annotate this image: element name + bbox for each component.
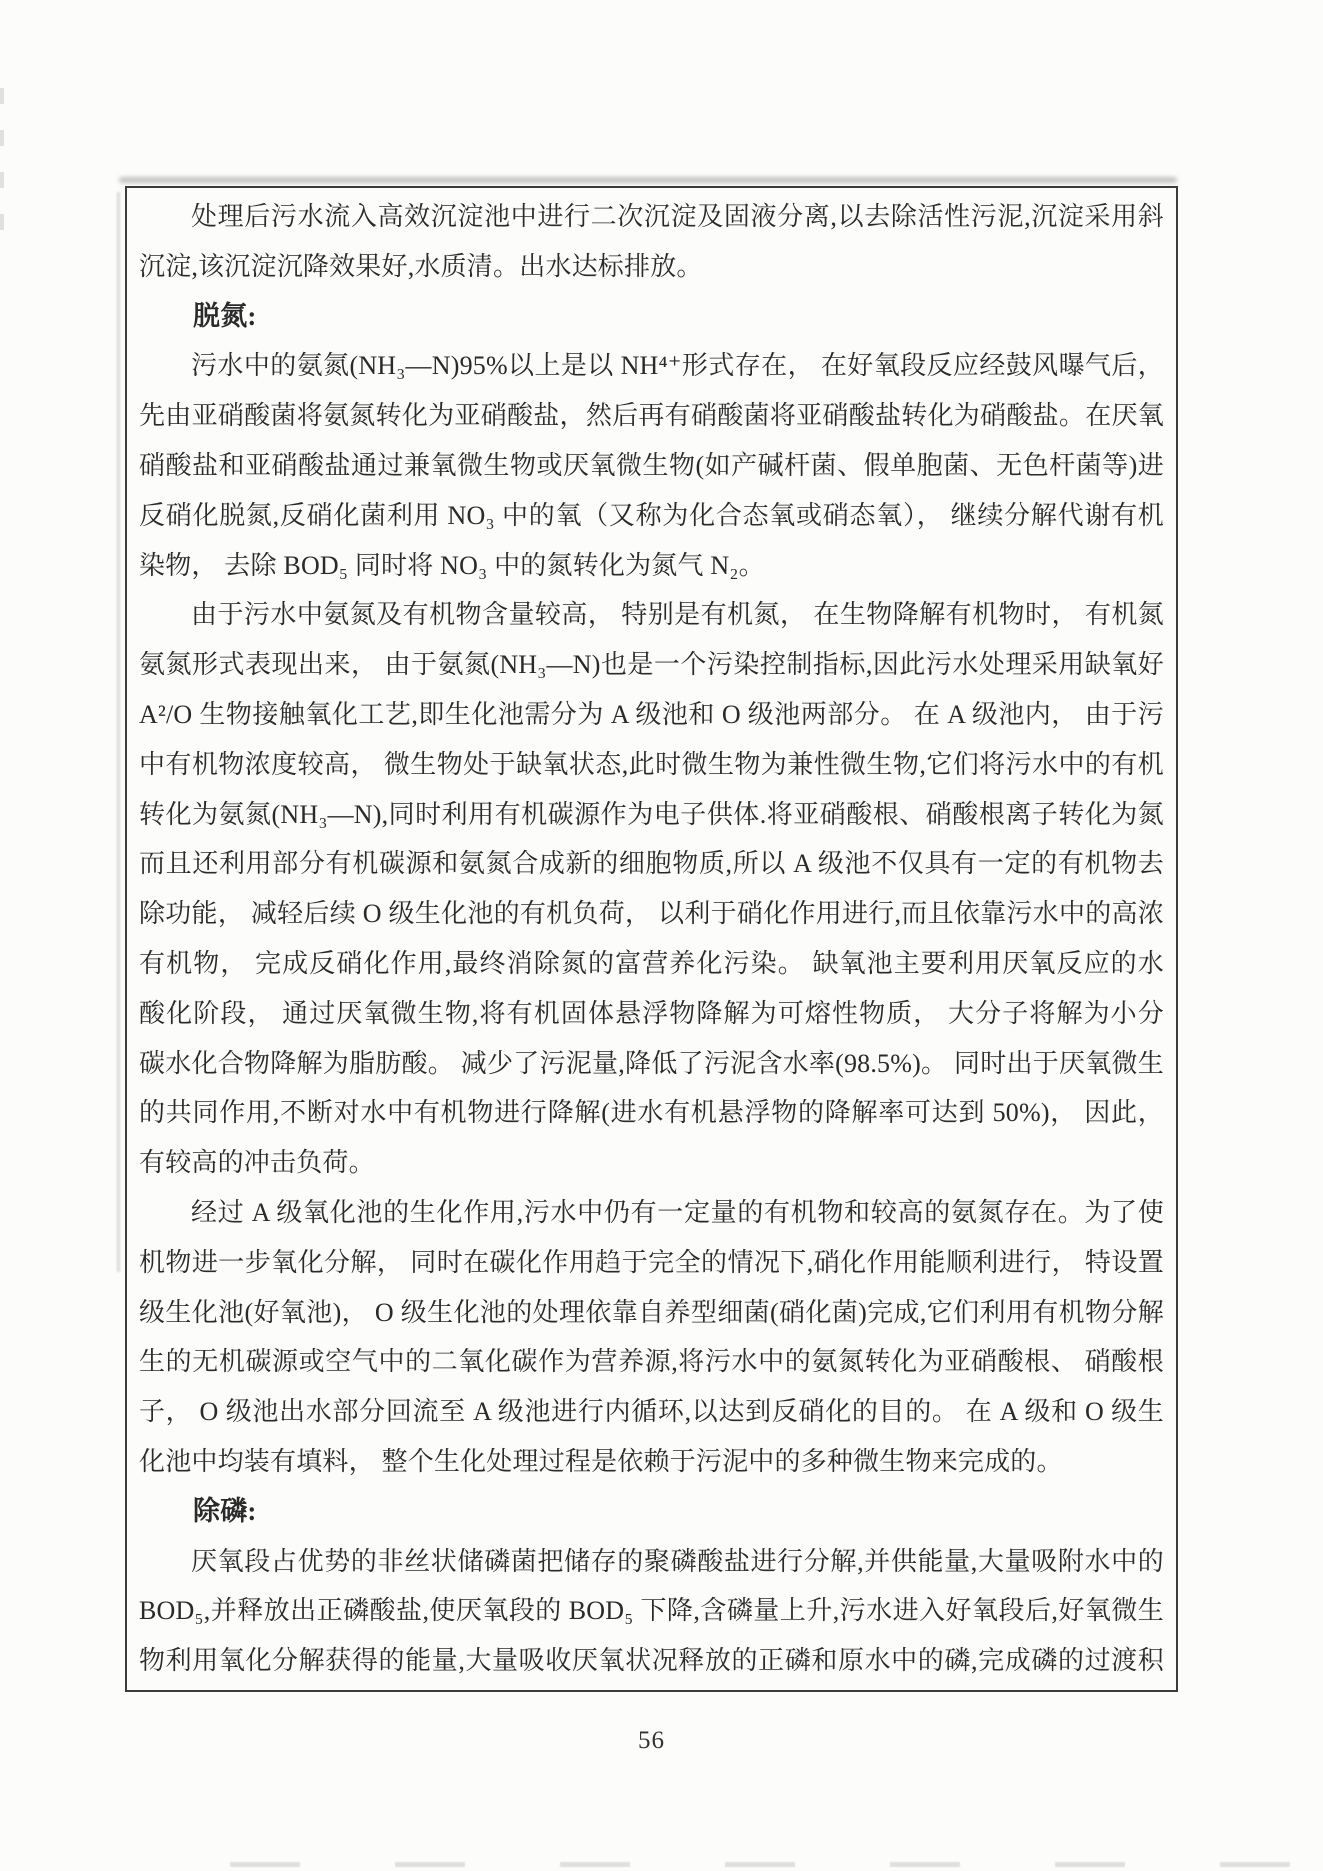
text-line: 由于污水中氨氮及有机物含量较高， 特别是有机氮， 在生物降解有机物时， 有机氮会…	[139, 590, 1164, 640]
text-line: 化池中均装有填料， 整个生化处理过程是依赖于污泥中的多种微生物来完成的。	[139, 1437, 1164, 1487]
text-line: 子， O 级池出水部分回流至 A 级池进行内循环,以达到反硝化的目的。 在 A …	[139, 1387, 1164, 1437]
scan-artifact-left-smudge	[117, 192, 120, 1272]
text-line: 经过 A 级氧化池的生化作用,污水中仍有一定量的有机物和较高的氨氮存在。为了使有	[139, 1188, 1164, 1238]
text-line: 物利用氧化分解获得的能量,大量吸收厌氧状况释放的正磷和原水中的磷,完成磷的过渡积	[139, 1636, 1164, 1686]
paragraph: 厌氧段占优势的非丝状储磷菌把储存的聚磷酸盐进行分解,并供能量,大量吸附水中的BO…	[139, 1537, 1164, 1686]
paragraph: 污水中的氨氮(NH₃—N)95%以上是以 NH⁴⁺形式存在， 在好氧段反应经鼓风…	[139, 341, 1164, 590]
text-line: 转化为氨氮(NH₃—N),同时利用有机碳源作为电子供体.将亚硝酸根、硝酸根离子转…	[139, 790, 1164, 840]
content-box: 处理后污水流入高效沉淀池中进行二次沉淀及固液分离,以去除活性污泥,沉淀采用斜板沉…	[125, 186, 1178, 1692]
section-heading: 除磷:	[139, 1487, 1164, 1537]
text-line: 机物进一步氧化分解， 同时在碳化作用趋于完全的情况下,硝化作用能顺利进行， 特设…	[139, 1238, 1164, 1288]
text-line: 厌氧段占优势的非丝状储磷菌把储存的聚磷酸盐进行分解,并供能量,大量吸附水中的	[139, 1537, 1164, 1587]
document-body: 处理后污水流入高效沉淀池中进行二次沉淀及固液分离,以去除活性污泥,沉淀采用斜板沉…	[139, 192, 1164, 1686]
text-line: 生的无机碳源或空气中的二氧化碳作为营养源,将污水中的氨氮转化为亚硝酸根、 硝酸根…	[139, 1337, 1164, 1387]
text-line: 中有机物浓度较高， 微生物处于缺氧状态,此时微生物为兼性微生物,它们将污水中的有…	[139, 740, 1164, 790]
text-line: 碳水化合物降解为脂肪酸。 减少了污泥量,降低了污泥含水率(98.5%)。 同时出…	[139, 1039, 1164, 1089]
text-line: 有机物， 完成反硝化作用,最终消除氮的富营养化污染。 缺氧池主要利用厌氧反应的水…	[139, 939, 1164, 989]
scan-artifact-left-edge	[0, 88, 4, 233]
text-line: 的共同作用,不断对水中有机物进行降解(进水有机悬浮物的降解率可达到 50%)， …	[139, 1088, 1164, 1138]
text-line: 硝酸盐和亚硝酸盐通过兼氧微生物或厌氧微生物(如产碱杆菌、假单胞菌、无色杆菌等)进…	[139, 441, 1164, 491]
text-line: 级生化池(好氧池)， O 级生化池的处理依靠自养型细菌(硝化菌)完成,它们利用有…	[139, 1288, 1164, 1338]
scan-artifact-top-smudge	[119, 177, 1177, 183]
paragraph: 由于污水中氨氮及有机物含量较高， 特别是有机氮， 在生物降解有机物时， 有机氮会…	[139, 590, 1164, 1188]
text-line: 染物， 去除 BOD₅ 同时将 NO₃ 中的氮转化为氮气 N₂。	[139, 541, 1164, 591]
text-line: 除功能， 减轻后续 O 级生化池的有机负荷， 以利于硝化作用进行,而且依靠污水中…	[139, 889, 1164, 939]
text-line: 氨氮形式表现出来， 由于氨氮(NH₃—N)也是一个污染控制指标,因此污水处理采用…	[139, 640, 1164, 690]
text-line: 而且还利用部分有机碳源和氨氮合成新的细胞物质,所以 A 级池不仅具有一定的有机物…	[139, 839, 1164, 889]
text-line: 处理后污水流入高效沉淀池中进行二次沉淀及固液分离,以去除活性污泥,沉淀采用斜板	[139, 192, 1164, 242]
section-heading: 脱氮:	[139, 292, 1164, 342]
text-line: 沉淀,该沉淀沉降效果好,水质清。出水达标排放。	[139, 242, 1164, 292]
text-line: 有较高的冲击负荷。	[139, 1138, 1164, 1188]
scan-artifact-bottom-edge	[230, 1862, 1290, 1867]
text-line: BOD₅,并释放出正磷酸盐,使厌氧段的 BOD₅ 下降,含磷量上升,污水进入好氧…	[139, 1586, 1164, 1636]
document-page: 处理后污水流入高效沉淀池中进行二次沉淀及固液分离,以去除活性污泥,沉淀采用斜板沉…	[0, 0, 1323, 1871]
paragraph: 经过 A 级氧化池的生化作用,污水中仍有一定量的有机物和较高的氨氮存在。为了使有…	[139, 1188, 1164, 1487]
text-line: A²/O 生物接触氧化工艺,即生化池需分为 A 级池和 O 级池两部分。 在 A…	[139, 690, 1164, 740]
text-line: 酸化阶段， 通过厌氧微生物,将有机固体悬浮物降解为可熔性物质， 大分子将解为小分…	[139, 989, 1164, 1039]
page-number: 56	[125, 1727, 1178, 1755]
text-line: 反硝化脱氮,反硝化菌利用 NO₃ 中的氧（又称为化合态氧或硝态氧）， 继续分解代…	[139, 491, 1164, 541]
text-line: 先由亚硝酸菌将氨氮转化为亚硝酸盐，然后再有硝酸菌将亚硝酸盐转化为硝酸盐。在厌氧段…	[139, 391, 1164, 441]
text-line: 污水中的氨氮(NH₃—N)95%以上是以 NH⁴⁺形式存在， 在好氧段反应经鼓风…	[139, 341, 1164, 391]
paragraph: 处理后污水流入高效沉淀池中进行二次沉淀及固液分离,以去除活性污泥,沉淀采用斜板沉…	[139, 192, 1164, 292]
